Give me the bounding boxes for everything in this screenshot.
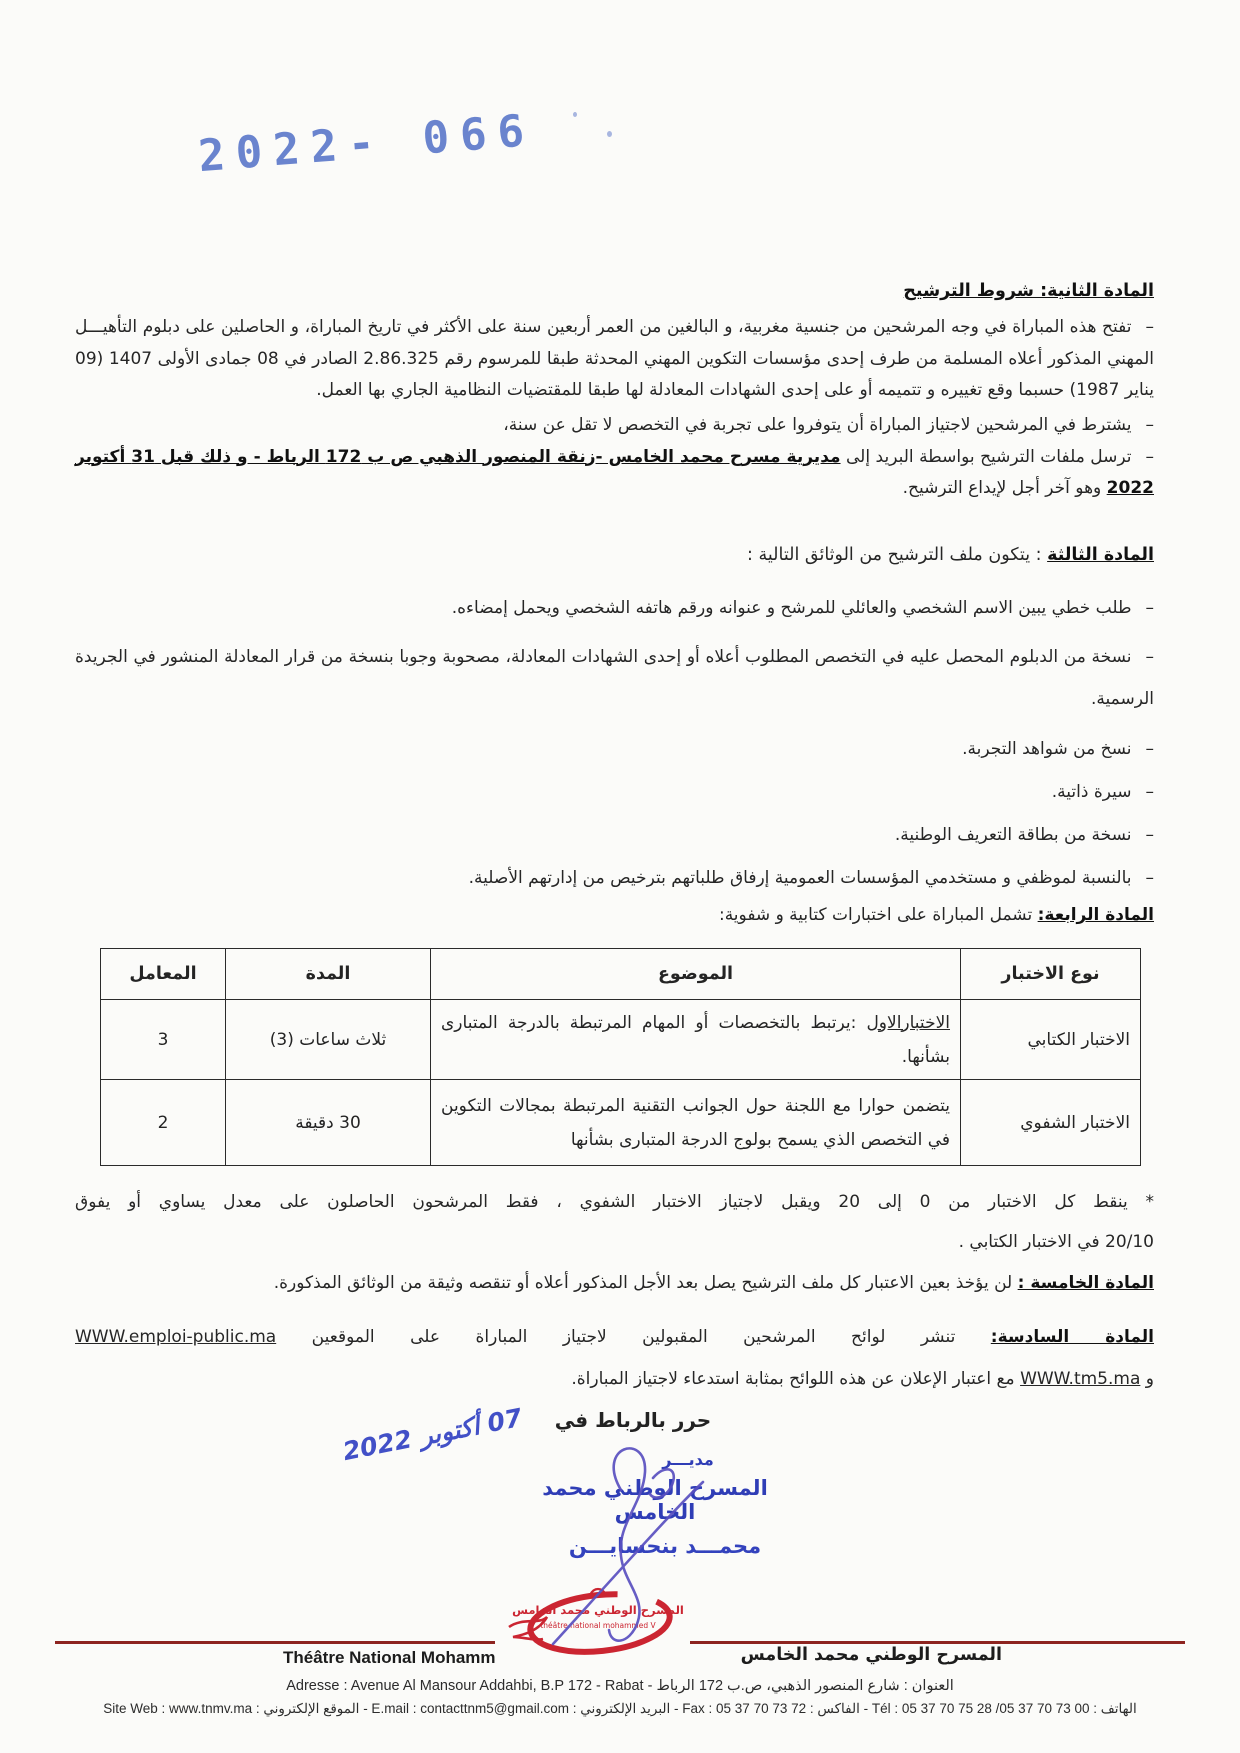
bullet-dash: –: [1146, 636, 1155, 678]
list-item-text: طلب خطي يبين الاسم الشخصي والعائلي للمرش…: [452, 598, 1132, 618]
required-documents-list: –طلب خطي يبين الاسم الشخصي والعائلي للمر…: [75, 593, 1154, 893]
article6-line2: و WWW.tm5.ma مع اعتبار الإعلان عن هذه ال…: [75, 1358, 1154, 1400]
list-item-text: بالنسبة لموظفي و مستخدمي المؤسسات العموم…: [469, 868, 1132, 888]
exam-coefficient-cell: 2: [101, 1080, 226, 1166]
bullet-dash: –: [1146, 863, 1155, 893]
article4-heading: المادة الرابعة: تشمل المباراة على اختبار…: [75, 905, 1154, 925]
emploi-public-url: WWW.emploi-public.ma: [75, 1327, 276, 1347]
table-row-written-exam: الاختبار الكتابي الاختبارالاول :يرتبط با…: [101, 1000, 1141, 1080]
article2-heading: المادة الثانية: شروط الترشيح: [75, 281, 1154, 301]
exam-table: نوع الاختبار الموضوع المدة المعامل الاخت…: [100, 948, 1141, 1166]
exam-table-header-row: نوع الاختبار الموضوع المدة المعامل: [101, 949, 1141, 1000]
article6-text: تنشر لوائح المرشحين المقبولين لاجتياز ال…: [276, 1327, 991, 1347]
list-item-text: نسخة من الدبلوم المحصل عليه في التخصص ال…: [75, 647, 1154, 709]
article6-line2-post: مع اعتبار الإعلان عن هذه اللوائح بمثابة …: [571, 1369, 1020, 1389]
list-item-text: سيرة ذاتية.: [1052, 782, 1132, 802]
subject-rest: يتضمن حوارا مع اللجنة حول الجوانب التقني…: [441, 1096, 950, 1150]
bullet-dash: –: [1146, 734, 1155, 764]
exam-subject-cell: الاختبارالاول :يرتبط بالتخصصات أو المهام…: [431, 1000, 961, 1080]
ink-speck: [573, 112, 577, 117]
bullet-dash: –: [1146, 777, 1155, 807]
article2-bullet-mailing: –ترسل ملفات الترشيح بواسطة البريد إلى مد…: [75, 442, 1154, 504]
document-page: { "marks": { "dash": "–", "asterisk": "*…: [0, 0, 1240, 1753]
list-item: –نسخ من شواهد التجربة.: [75, 734, 1154, 764]
footer-contact-line: Site Web : www.tnmv.ma : الموقع الإلكترو…: [38, 1701, 1202, 1717]
list-item: –سيرة ذاتية.: [75, 777, 1154, 807]
footer-arabic-name: المسرح الوطني محمد الخامس: [741, 1645, 1002, 1665]
grading-note-line2: 20/10 في الاختبار الكتابي .: [75, 1222, 1154, 1262]
bullet-dash: –: [1146, 312, 1155, 344]
list-item: –نسخة من بطاقة التعريف الوطنية.: [75, 820, 1154, 850]
article6-heading-head: المادة السادسة:: [991, 1327, 1154, 1347]
bullet-text-post: وهو آخر أجل لإيداع الترشيح.: [903, 478, 1107, 498]
bullet-dash: –: [1146, 442, 1155, 473]
bullet-dash: –: [1146, 593, 1155, 623]
exam-duration-cell: ثلاث ساعات (3): [226, 1000, 431, 1080]
column-header-subject: الموضوع: [431, 949, 961, 1000]
subject-underlined-part: الاختبارالاول: [866, 1013, 950, 1033]
ink-speck: [607, 131, 612, 137]
article6-line2-pre: و: [1140, 1369, 1154, 1389]
article2-section: المادة الثانية: شروط الترشيح –تفتح هذه ا…: [75, 281, 1154, 504]
bullet-dash: –: [1146, 820, 1155, 850]
exam-coefficient-cell: 3: [101, 1000, 226, 1080]
exam-subject-cell: يتضمن حوارا مع اللجنة حول الجوانب التقني…: [431, 1080, 961, 1166]
list-item-text: نسخ من شواهد التجربة.: [962, 739, 1131, 759]
article4-heading-tail: تشمل المباراة على اختبارات كتابية و شفوي…: [719, 905, 1038, 925]
bullet-text-pre: ترسل ملفات الترشيح بواسطة البريد إلى: [841, 447, 1132, 467]
handwritten-signature: [525, 1438, 715, 1653]
table-row-oral-exam: الاختبار الشفوي يتضمن حوارا مع اللجنة حو…: [101, 1080, 1141, 1166]
date-stamp: 07 أكتوبر 2022: [309, 1397, 555, 1472]
list-item-text: نسخة من بطاقة التعريف الوطنية.: [895, 825, 1132, 845]
article2-heading-text: المادة الثانية: شروط الترشيح: [903, 281, 1154, 301]
column-header-exam-type: نوع الاختبار: [961, 949, 1141, 1000]
exam-type-cell: الاختبار الشفوي: [961, 1080, 1141, 1166]
article6-section: المادة السادسة: تنشر لوائح المرشحين المق…: [75, 1316, 1154, 1400]
article3-heading-tail: : يتكون ملف الترشيح من الوثائق التالية :: [747, 545, 1047, 565]
article3-section: المادة الثالثة : يتكون ملف الترشيح من ال…: [75, 545, 1154, 906]
article5-section: المادة الخامسة : لن يؤخذ بعين الاعتبار ك…: [75, 1266, 1154, 1300]
article5-text: لن يؤخذ بعين الاعتبار كل ملف الترشيح يصل…: [274, 1273, 1018, 1293]
bullet-text: تفتح هذه المباراة في وجه المرشحين من جنس…: [75, 317, 1154, 400]
article3-heading: المادة الثالثة : يتكون ملف الترشيح من ال…: [75, 545, 1154, 565]
article3-heading-head: المادة الثالثة: [1047, 545, 1154, 565]
issued-at-line: حرر بالرباط في: [548, 1408, 718, 1432]
article4-heading-head: المادة الرابعة:: [1038, 905, 1154, 925]
footer-address-line: Adresse : Avenue Al Mansour Addahbi, B.P…: [0, 1678, 1240, 1694]
list-item: –طلب خطي يبين الاسم الشخصي والعائلي للمر…: [75, 593, 1154, 623]
grading-note-line1: * ينقط كل الاختبار من 0 إلى 20 ويقبل لاج…: [75, 1182, 1154, 1222]
exam-type-cell: الاختبار الكتابي: [961, 1000, 1141, 1080]
column-header-coefficient: المعامل: [101, 949, 226, 1000]
registry-number-stamp: 2022- 066: [197, 105, 537, 182]
list-item: –نسخة من الدبلوم المحصل عليه في التخصص ا…: [75, 636, 1154, 720]
list-item: –بالنسبة لموظفي و مستخدمي المؤسسات العمو…: [75, 863, 1154, 893]
exam-duration-cell: 30 دقيقة: [226, 1080, 431, 1166]
article2-bullet-experience: –يشترط في المرشحين لاجتياز المباراة أن ي…: [75, 410, 1154, 440]
article6-line1: المادة السادسة: تنشر لوائح المرشحين المق…: [75, 1316, 1154, 1358]
grading-note: * ينقط كل الاختبار من 0 إلى 20 ويقبل لاج…: [75, 1182, 1154, 1262]
tm5-url: WWW.tm5.ma: [1020, 1369, 1140, 1389]
bullet-text: يشترط في المرشحين لاجتياز المباراة أن يت…: [503, 415, 1131, 435]
article2-bullet-eligibility: –تفتح هذه المباراة في وجه المرشحين من جن…: [75, 312, 1154, 407]
article5-heading-head: المادة الخامسة :: [1018, 1273, 1154, 1293]
bullet-dash: –: [1146, 410, 1155, 440]
column-header-duration: المدة: [226, 949, 431, 1000]
